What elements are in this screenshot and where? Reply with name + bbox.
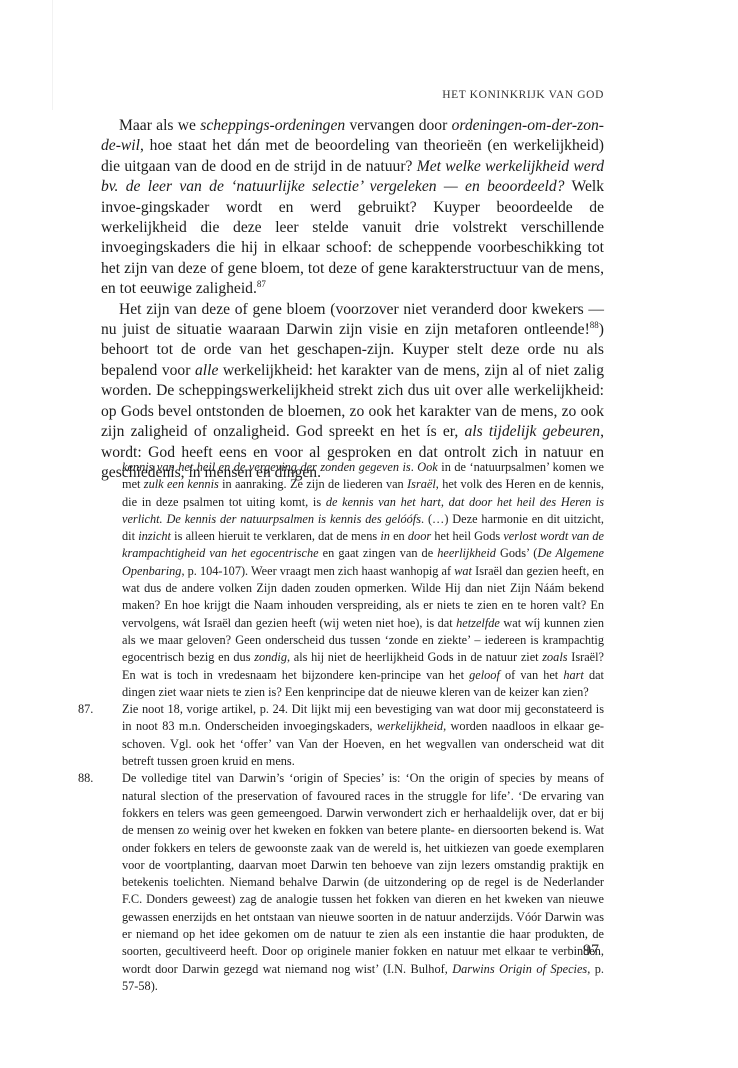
- text-span: Het zijn van deze of gene bloem (voorzov…: [101, 301, 604, 338]
- italic-span: als tijdelijk gebeuren: [464, 423, 600, 440]
- italic-span: Ook: [417, 460, 438, 474]
- main-text: Maar als we scheppings-ordeningen vervan…: [101, 116, 604, 483]
- text-span: Gods’ (: [496, 546, 537, 560]
- footnote-ref: 87: [257, 279, 266, 289]
- text-span: in aanraking. Ze zijn de liederen van: [219, 477, 407, 491]
- text-span: en gaat zingen van de: [319, 546, 438, 560]
- italic-span: hetzelfde: [456, 616, 500, 630]
- footnote-text: Zie noot 18, vorige artikel, p. 24. Dit …: [122, 701, 604, 770]
- text-span: , als hij niet de heerlijkheid Gods in d…: [287, 650, 542, 664]
- italic-span: zulk een kennis: [144, 477, 219, 491]
- text-span: Maar als we: [119, 117, 200, 134]
- page-number: 97: [583, 942, 599, 960]
- book-page: HET KONINKRIJK VAN GOD Maar als we schep…: [0, 0, 738, 1068]
- italic-span: zondig: [254, 650, 287, 664]
- italic-span: inzicht: [138, 529, 171, 543]
- italic-span: kennis van het heil en de vergeving der …: [122, 460, 411, 474]
- italic-span: geloof: [469, 668, 500, 682]
- italic-span: in: [380, 529, 390, 543]
- italic-span: heerlijkheid: [437, 546, 496, 560]
- footnote-number: 88.: [78, 770, 122, 995]
- italic-span: wat: [454, 564, 472, 578]
- footnote-88: 88. De volledige titel van Darwin’s ‘ori…: [78, 770, 604, 995]
- footnote-ref: 88: [590, 320, 599, 330]
- italic-span: hart: [563, 668, 584, 682]
- footnote-text: De volledige titel van Darwin’s ‘origin …: [122, 770, 604, 995]
- text-span: , p. 104-107). Weer vraagt men zich haas…: [181, 564, 454, 578]
- italic-span: zoals: [542, 650, 567, 664]
- text-span: De volledige titel van Darwin’s ‘origin …: [122, 771, 604, 975]
- italic-span: door: [408, 529, 431, 543]
- page-edge-shadow: [52, 0, 53, 110]
- text-span: is alleen hieruit te verklaren, dat de m…: [171, 529, 380, 543]
- italic-span: Israël: [407, 477, 436, 491]
- footnote-87: 87. Zie noot 18, vorige artikel, p. 24. …: [78, 701, 604, 770]
- running-head: HET KONINKRIJK VAN GOD: [442, 89, 604, 101]
- paragraph-2: Het zijn van deze of gene bloem (voorzov…: [101, 300, 604, 484]
- italic-span: werkelijkheid: [377, 719, 443, 733]
- text-span: of van het: [500, 668, 563, 682]
- footnotes: kennis van het heil en de vergeving der …: [78, 459, 604, 995]
- text-span: Welk invoe-gingskader wordt en werd gebr…: [101, 178, 604, 297]
- text-span: en: [390, 529, 408, 543]
- footnote-number: 87.: [78, 701, 122, 770]
- text-span: het heil Gods: [431, 529, 503, 543]
- italic-span: scheppings-ordeningen: [200, 117, 345, 134]
- paragraph-1: Maar als we scheppings-ordeningen vervan…: [101, 116, 604, 300]
- text-span: vervangen door: [345, 117, 451, 134]
- footnote-continuation: kennis van het heil en de vergeving der …: [122, 459, 604, 701]
- italic-span: alle: [195, 362, 218, 379]
- italic-span: Darwins Origin of Species: [452, 962, 587, 976]
